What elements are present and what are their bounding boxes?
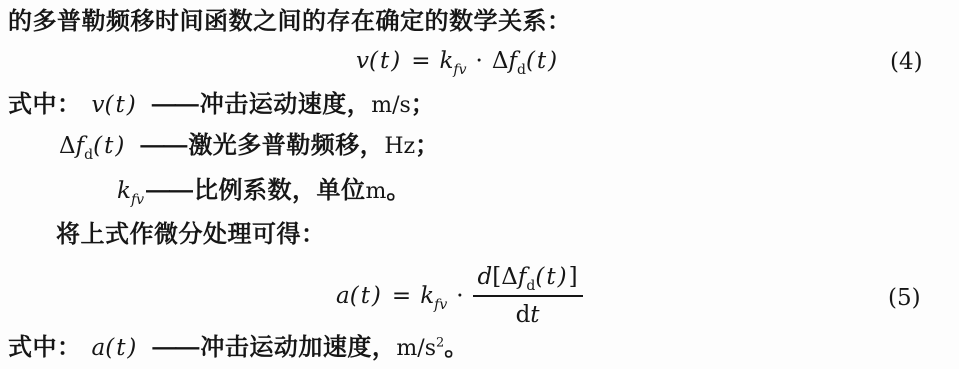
def-dash: —— xyxy=(152,333,198,363)
def-v-arg: (t) xyxy=(105,92,138,118)
eq5-coeff-var: k xyxy=(420,283,434,309)
def-f-var: f xyxy=(76,133,85,159)
def-fd-tail: ； xyxy=(415,131,440,161)
definition-row-delta-fd: Δfd(t) —— 激光多普勒频移， Hz ； xyxy=(59,131,440,161)
eq4-coeff-var: k xyxy=(439,48,453,74)
eq5-den-t: t xyxy=(530,302,539,328)
eq5-equals: = xyxy=(392,281,411,311)
def-k-tail: 。 xyxy=(386,176,411,206)
eq5-den-d: d xyxy=(516,302,531,328)
where-prefix: 式中： xyxy=(8,90,82,120)
def-k-subscript: fv xyxy=(131,192,144,208)
def-a-unit: m/s2 xyxy=(396,336,444,361)
def-term-delta-fd: Δfd(t) xyxy=(59,131,126,161)
eq5-num-delta: Δ xyxy=(501,264,518,290)
eq5-num-d: d xyxy=(478,264,493,290)
eq4-equals: = xyxy=(411,46,430,76)
def-term-kfv: kfv xyxy=(117,176,144,206)
eq4-delta: Δ xyxy=(492,48,509,74)
eq4-lhs-arg: (t) xyxy=(369,48,402,74)
eq4-lhs-var: v xyxy=(356,48,369,74)
eq5-num-f-subscript: d xyxy=(526,278,535,294)
paragraph-intro: 的多普勒频移时间函数之间的存在确定的数学关系： xyxy=(8,7,572,37)
paragraph-derivation: 将上式作微分处理可得： xyxy=(56,220,326,250)
eq4-coeff-subscript: fv xyxy=(453,62,466,78)
def-f-arg: (t) xyxy=(93,133,126,159)
def-k-unit: m xyxy=(366,179,387,204)
def-dash: —— xyxy=(152,90,198,120)
eq4-f-var: f xyxy=(508,48,517,74)
eq5-coeff-subscript: fv xyxy=(434,297,447,313)
def-a-unit-superscript: 2 xyxy=(436,336,444,351)
eq4-f-arg: (t) xyxy=(526,48,559,74)
def-dash: —— xyxy=(146,176,192,206)
def-term-v: v(t) xyxy=(92,90,138,120)
eq4-rhs: Δfd(t) xyxy=(492,46,559,76)
eq5-num-close-bracket: ] xyxy=(569,264,578,290)
eq5-num-arg: (t) xyxy=(535,264,568,290)
def-k-desc: 比例系数，单位 xyxy=(194,176,366,206)
eq4-lhs: v(t) xyxy=(356,46,402,76)
def-fd-desc: 激光多普勒频移， xyxy=(188,131,384,161)
def-k-var: k xyxy=(117,178,131,204)
eq5-denominator: dt xyxy=(516,297,540,330)
def-a-arg: (t) xyxy=(105,335,138,361)
eq5-lhs-arg: (t) xyxy=(350,283,383,309)
eq4-f-subscript: d xyxy=(517,62,526,78)
def-v-tail: ； xyxy=(411,90,436,120)
def-a-unit-text: m/s xyxy=(396,336,436,361)
eq5-dot-operator: · xyxy=(456,281,463,311)
def-v-unit: m/s xyxy=(371,93,411,118)
eq4-coeff: kfv xyxy=(439,46,466,76)
def-a-var: a xyxy=(92,335,106,361)
definition-row-v: 式中： v(t) —— 冲击运动速度， m/s ； xyxy=(8,90,435,120)
eq5-num-open-bracket: [ xyxy=(492,264,501,290)
def-dash: —— xyxy=(140,131,186,161)
def-v-desc: 冲击运动速度， xyxy=(200,90,372,120)
equation-4: v(t) = kfv · Δfd(t) xyxy=(356,46,559,76)
eq4-dot-operator: · xyxy=(476,46,483,76)
def-term-a: a(t) xyxy=(92,333,139,363)
eq5-lhs: a(t) xyxy=(336,281,383,311)
def-f-subscript: d xyxy=(84,147,93,163)
equation-5: a(t) = kfv · d[Δfd(t)] dt xyxy=(336,262,583,330)
equation-4-number: (4) xyxy=(890,47,923,77)
def-fd-unit: Hz xyxy=(384,134,415,159)
scanned-document-page: 的多普勒频移时间函数之间的存在确定的数学关系： v(t) = kfv · Δfd… xyxy=(0,0,959,369)
def-v-var: v xyxy=(92,92,105,118)
where-prefix: 式中： xyxy=(8,333,82,363)
def-a-tail: 。 xyxy=(444,333,469,363)
eq5-numerator: d[Δfd(t)] xyxy=(473,262,583,295)
def-delta: Δ xyxy=(59,133,76,159)
def-a-desc: 冲击运动加速度， xyxy=(200,333,396,363)
eq5-coeff: kfv xyxy=(420,281,447,311)
equation-5-number: (5) xyxy=(888,283,921,313)
eq5-lhs-var: a xyxy=(336,283,350,309)
definition-row-kfv: kfv —— 比例系数，单位 m 。 xyxy=(117,176,411,206)
definition-row-a: 式中： a(t) —— 冲击运动加速度， m/s2 。 xyxy=(8,333,469,363)
eq5-fraction: d[Δfd(t)] dt xyxy=(473,262,583,330)
